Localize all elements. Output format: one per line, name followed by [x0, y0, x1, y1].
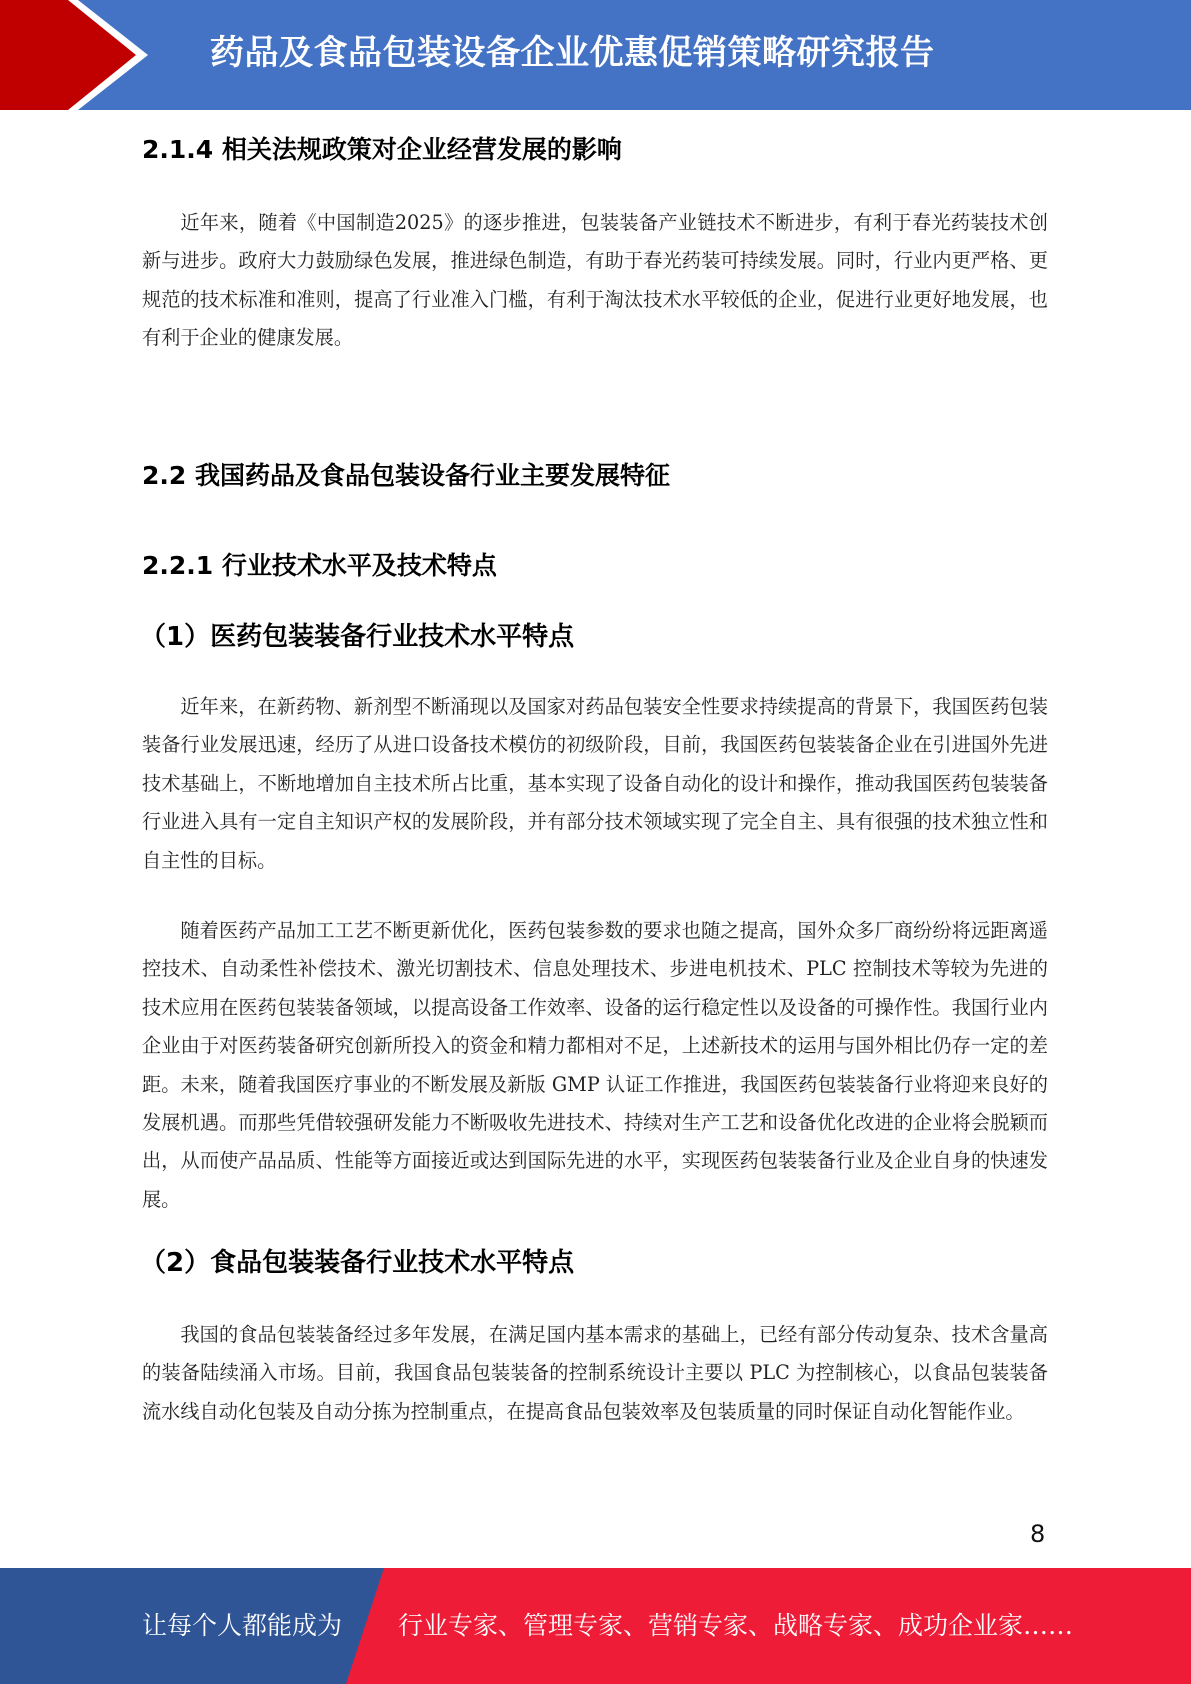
- paragraph-food: 我国的食品包装装备经过多年发展，在满足国内基本需求的基础上，已经有部分传动复杂、…: [142, 1316, 1048, 1431]
- heading-medical-packaging: （1）医药包装装备行业技术水平特点: [140, 616, 574, 653]
- page-number: 8: [1030, 1520, 1045, 1548]
- paragraph-medical-2: 随着医药产品加工工艺不断更新优化，医药包装参数的要求也随之提高，国外众多厂商纷纷…: [142, 912, 1048, 1219]
- paragraph-medical-1: 近年来，在新药物、新剂型不断涌现以及国家对药品包装安全性要求持续提高的背景下，我…: [142, 688, 1048, 880]
- heading-2-2-1: 2.2.1 行业技术水平及技术特点: [142, 546, 497, 582]
- report-header-bar: 药品及食品包装设备企业优惠促销策略研究报告: [0, 0, 1191, 110]
- heading-2-1-4: 2.1.4 相关法规政策对企业经营发展的影响: [142, 130, 622, 166]
- footer-slogan-left: 让每个人都能成为: [142, 1568, 342, 1684]
- footer-slogan-right: 行业专家、管理专家、营销专家、战略专家、成功企业家……: [398, 1568, 1073, 1684]
- paragraph-policy-impact: 近年来，随着《中国制造2025》的逐步推进，包装装备产业链技术不断进步，有利于春…: [142, 204, 1048, 358]
- footer-banner: 让每个人都能成为 行业专家、管理专家、营销专家、战略专家、成功企业家……: [0, 1568, 1191, 1684]
- heading-2-2: 2.2 我国药品及食品包装设备行业主要发展特征: [142, 456, 670, 492]
- heading-food-packaging: （2）食品包装装备行业技术水平特点: [140, 1242, 574, 1279]
- report-title: 药品及食品包装设备企业优惠促销策略研究报告: [0, 0, 1191, 110]
